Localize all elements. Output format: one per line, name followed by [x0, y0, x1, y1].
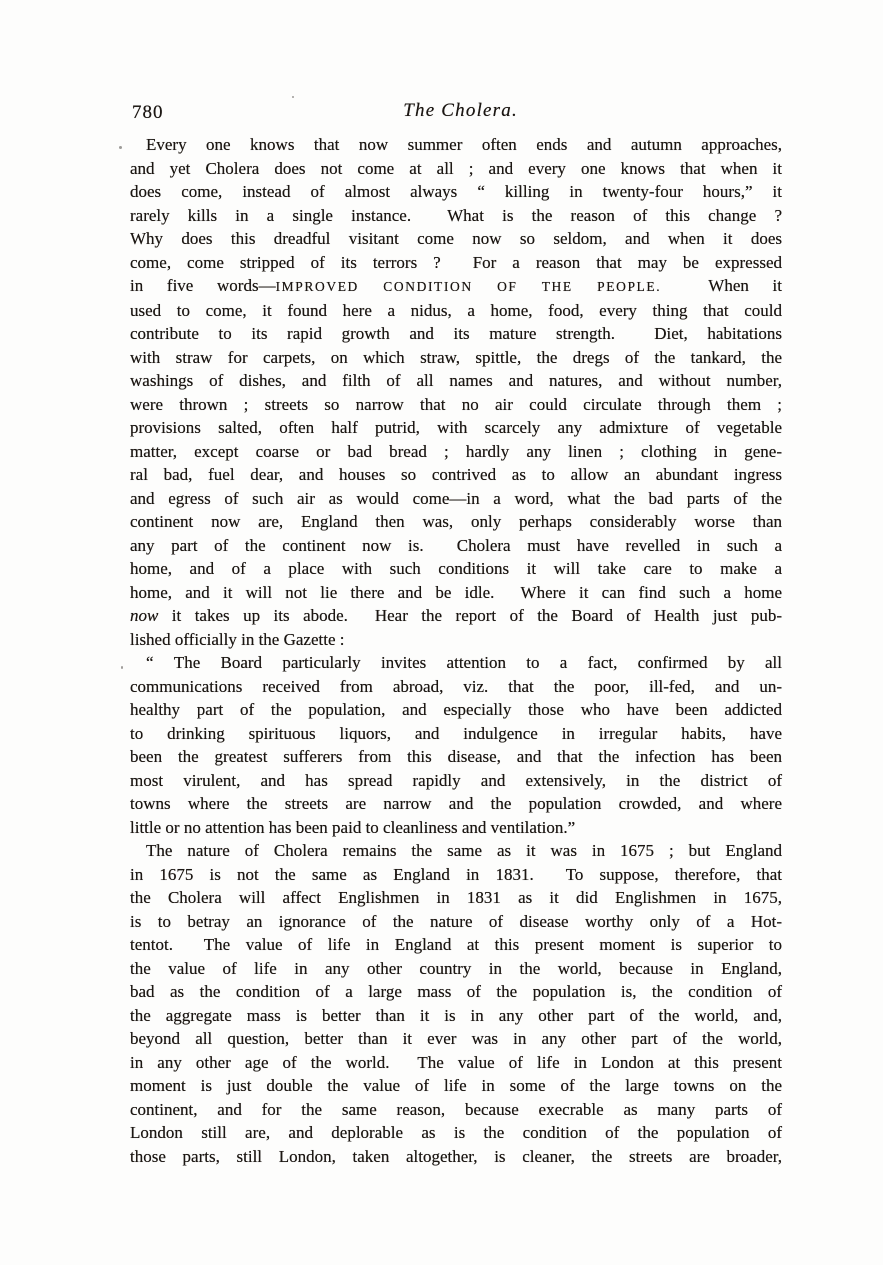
text-line: rarely kills in a single instance. What …: [130, 204, 782, 228]
text-run: The nature of Cholera remains the same a…: [146, 841, 782, 860]
text-line: communications received from abroad, viz…: [130, 675, 782, 699]
text-run: and yet Cholera does not come at all ; a…: [130, 159, 782, 178]
text-line: those parts, still London, taken altoget…: [130, 1145, 782, 1169]
text-run: London still are, and deplorable as is t…: [130, 1123, 782, 1142]
text-line: does come, instead of almost always “ ki…: [130, 180, 782, 204]
text-line: “ The Board particularly invites attenti…: [130, 651, 782, 675]
text-line: is to betray an ignorance of the nature …: [130, 910, 782, 934]
text-line: and yet Cholera does not come at all ; a…: [130, 157, 782, 181]
text-run: in 1675 is not the same as England in 18…: [130, 865, 782, 884]
text-run: come, come stripped of its terrors ? For…: [130, 253, 782, 272]
text-run: ral bad, fuel dear, and houses so contri…: [130, 465, 782, 484]
text-line: moment is just double the value of life …: [130, 1074, 782, 1098]
text-run: used to come, it found here a nidus, a h…: [130, 301, 782, 320]
text-run: towns where the streets are narrow and t…: [130, 794, 782, 813]
text-line: were thrown ; streets so narrow that no …: [130, 393, 782, 417]
page-number: 780: [132, 102, 164, 124]
text-line: little or no attention has been paid to …: [130, 816, 782, 840]
text-run: been the greatest sufferers from this di…: [130, 747, 782, 766]
text-line: Every one knows that now summer often en…: [130, 133, 782, 157]
text-line: in any other age of the world. The value…: [130, 1051, 782, 1075]
text-line: home, and it will not lie there and be i…: [130, 581, 782, 605]
page-body: Every one knows that now summer often en…: [130, 133, 782, 1168]
running-title: The Cholera.: [403, 100, 518, 122]
text-run: Every one knows that now summer often en…: [146, 135, 782, 154]
paragraph: The nature of Cholera remains the same a…: [130, 839, 782, 1168]
text-line: provisions salted, often half putrid, wi…: [130, 416, 782, 440]
text-line: to drinking spirituous liquors, and indu…: [130, 722, 782, 746]
text-run: contribute to its rapid growth and its m…: [130, 324, 782, 343]
text-line: with straw for carpets, on which straw, …: [130, 346, 782, 370]
scanned-page: 780 The Cholera. Every one knows that no…: [0, 0, 883, 1265]
italic-text: now: [130, 606, 158, 625]
text-run: continent now are, England then was, onl…: [130, 512, 782, 531]
text-line: the Cholera will affect Englishmen in 18…: [130, 886, 782, 910]
text-line: contribute to its rapid growth and its m…: [130, 322, 782, 346]
paragraph: Every one knows that now summer often en…: [130, 133, 782, 651]
text-run: healthy part of the population, and espe…: [130, 700, 782, 719]
text-line: and egress of such air as would come—in …: [130, 487, 782, 511]
text-line: Why does this dreadful visitant come now…: [130, 227, 782, 251]
text-line: home, and of a place with such condition…: [130, 557, 782, 581]
scan-speck: [121, 666, 123, 669]
scan-speck: [292, 96, 294, 98]
text-line: continent, and for the same reason, beca…: [130, 1098, 782, 1122]
text-run: the value of life in any other country i…: [130, 959, 782, 978]
text-line: washings of dishes, and filth of all nam…: [130, 369, 782, 393]
text-line: come, come stripped of its terrors ? For…: [130, 251, 782, 275]
text-line: most virulent, and has spread rapidly an…: [130, 769, 782, 793]
text-line: any part of the continent now is. Choler…: [130, 534, 782, 558]
text-run: moment is just double the value of life …: [130, 1076, 782, 1095]
text-line: bad as the condition of a large mass of …: [130, 980, 782, 1004]
text-run: washings of dishes, and filth of all nam…: [130, 371, 782, 390]
text-run: to drinking spirituous liquors, and indu…: [130, 724, 782, 743]
smallcaps-text: IMPROVED CONDITION OF THE PEOPLE.: [276, 279, 662, 294]
text-line: used to come, it found here a nidus, a h…: [130, 299, 782, 323]
text-line: ral bad, fuel dear, and houses so contri…: [130, 463, 782, 487]
text-line: beyond all question, better than it ever…: [130, 1027, 782, 1051]
text-run: continent, and for the same reason, beca…: [130, 1100, 782, 1119]
text-run: most virulent, and has spread rapidly an…: [130, 771, 782, 790]
text-line: The nature of Cholera remains the same a…: [130, 839, 782, 863]
text-run: “ The Board particularly invites attenti…: [146, 653, 782, 672]
text-line: in five words—IMPROVED CONDITION OF THE …: [130, 274, 782, 299]
text-run: lished officially in the Gazette :: [130, 630, 344, 649]
text-line: towns where the streets are narrow and t…: [130, 792, 782, 816]
text-run: matter, except coarse or bad bread ; har…: [130, 442, 782, 461]
text-run: home, and it will not lie there and be i…: [130, 583, 782, 602]
text-run: little or no attention has been paid to …: [130, 818, 575, 837]
text-line: continent now are, England then was, onl…: [130, 510, 782, 534]
text-line: lished officially in the Gazette :: [130, 628, 782, 652]
text-run: bad as the condition of a large mass of …: [130, 982, 782, 1001]
text-line: in 1675 is not the same as England in 18…: [130, 863, 782, 887]
text-run: rarely kills in a single instance. What …: [130, 206, 782, 225]
text-run: were thrown ; streets so narrow that no …: [130, 395, 782, 414]
text-run: tentot. The value of life in England at …: [130, 935, 782, 954]
paragraph: “ The Board particularly invites attenti…: [130, 651, 782, 839]
text-run: is to betray an ignorance of the nature …: [130, 912, 782, 931]
text-run: the aggregate mass is better than it is …: [130, 1006, 782, 1025]
text-run: home, and of a place with such condition…: [130, 559, 782, 578]
text-line: matter, except coarse or bad bread ; har…: [130, 440, 782, 464]
text-run: provisions salted, often half putrid, wi…: [130, 418, 782, 437]
text-run: When it: [661, 276, 782, 295]
text-line: London still are, and deplorable as is t…: [130, 1121, 782, 1145]
text-line: the value of life in any other country i…: [130, 957, 782, 981]
text-run: does come, instead of almost always “ ki…: [130, 182, 782, 201]
text-line: the aggregate mass is better than it is …: [130, 1004, 782, 1028]
text-run: Why does this dreadful visitant come now…: [130, 229, 782, 248]
text-run: beyond all question, better than it ever…: [130, 1029, 782, 1048]
text-run: any part of the continent now is. Choler…: [130, 536, 782, 555]
text-line: been the greatest sufferers from this di…: [130, 745, 782, 769]
text-line: now it takes up its abode. Hear the repo…: [130, 604, 782, 628]
scan-speck: [119, 146, 122, 149]
text-run: those parts, still London, taken altoget…: [130, 1147, 782, 1166]
text-run: in five words—: [130, 276, 276, 295]
text-line: tentot. The value of life in England at …: [130, 933, 782, 957]
text-run: and egress of such air as would come—in …: [130, 489, 782, 508]
text-run: it takes up its abode. Hear the report o…: [158, 606, 782, 625]
page-header: 780 The Cholera.: [130, 100, 782, 126]
text-run: communications received from abroad, viz…: [130, 677, 782, 696]
text-run: the Cholera will affect Englishmen in 18…: [130, 888, 782, 907]
text-line: healthy part of the population, and espe…: [130, 698, 782, 722]
text-run: in any other age of the world. The value…: [130, 1053, 782, 1072]
text-run: with straw for carpets, on which straw, …: [130, 348, 782, 367]
